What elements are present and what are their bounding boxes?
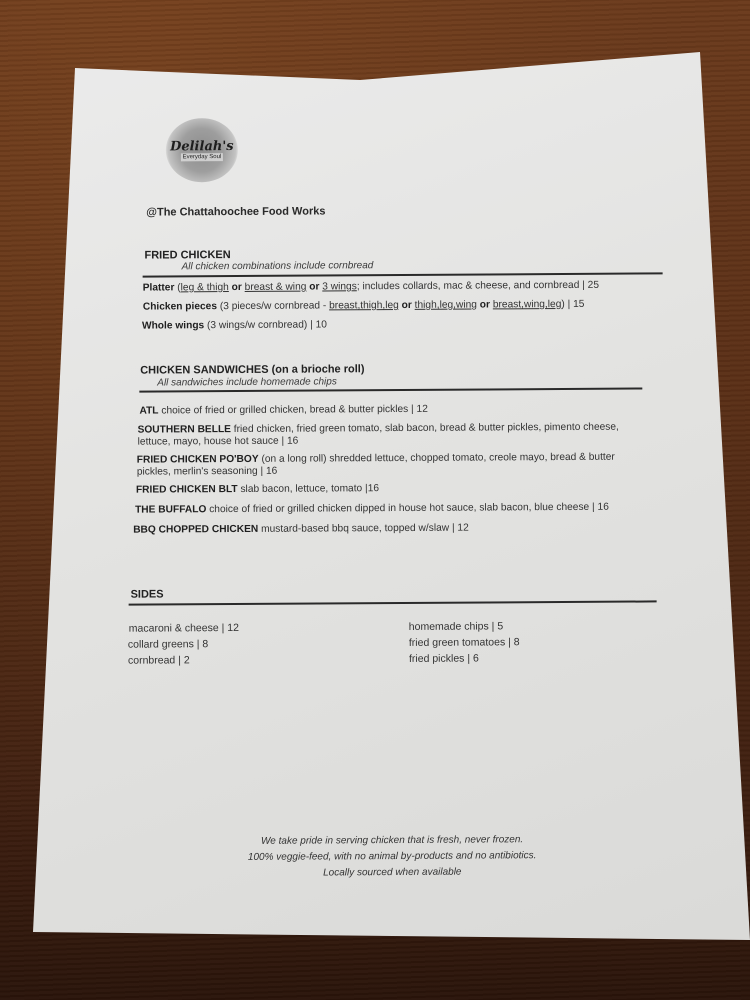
item-desc-line2: lettuce, mayo, house hot sauce | 16: [138, 436, 299, 448]
item-name: Chicken pieces: [143, 301, 217, 312]
item-desc: mustard-based bbq sauce, topped w/slaw |…: [258, 523, 469, 535]
side-item: fried green tomatoes | 8: [409, 634, 520, 651]
side-item: homemade chips | 5: [409, 618, 503, 635]
footer-line-3: Locally sourced when available: [212, 864, 572, 882]
item-name: BBQ CHOPPED CHICKEN: [133, 524, 258, 536]
side-item: collard greens | 8: [128, 636, 208, 652]
item-desc: ; includes collards, mac & cheese, and c…: [357, 280, 599, 292]
item-desc: (3 wings/w cornbread) | 10: [204, 319, 327, 331]
menu-item-whole-wings: Whole wings (3 wings/w cornbread) | 10: [142, 319, 327, 332]
delilahs-logo: Delilah's Everyday Soul: [166, 118, 238, 182]
logo-tagline: Everyday Soul: [181, 153, 224, 161]
side-item: fried pickles | 6: [409, 651, 479, 667]
item-or: or: [306, 281, 322, 292]
menu-footer: We take pride in serving chicken that is…: [212, 832, 572, 882]
item-name: Whole wings: [142, 320, 204, 331]
side-item: macaroni & cheese | 12: [129, 620, 239, 637]
fried-chicken-divider: [143, 272, 663, 277]
item-desc-line2: pickles, merlin's seasoning | 16: [137, 466, 278, 478]
item-name: THE BUFFALO: [135, 504, 206, 515]
item-option: thigh,leg,wing: [415, 300, 477, 311]
item-name: ATL: [139, 405, 158, 416]
menu-item-blt: FRIED CHICKEN BLT slab bacon, lettuce, t…: [136, 483, 379, 496]
item-name: FRIED CHICKEN BLT: [136, 484, 238, 496]
venue-line: @The Chattahoochee Food Works: [146, 205, 325, 218]
menu-item-poboy: FRIED CHICKEN PO'BOY (on a long roll) sh…: [137, 452, 615, 479]
sandwiches-divider: [139, 388, 642, 393]
item-or: or: [477, 299, 493, 310]
item-or: or: [229, 282, 245, 293]
fried-chicken-note: All chicken combinations include cornbre…: [182, 260, 374, 272]
sides-title: SIDES: [131, 588, 164, 600]
side-item: cornbread | 2: [128, 652, 190, 668]
item-option: leg & thigh: [181, 282, 229, 293]
menu-item-platter: Platter (leg & thigh or breast & wing or…: [143, 280, 599, 295]
item-desc: choice of fried or grilled chicken dippe…: [206, 502, 609, 515]
logo-name: Delilah's: [170, 140, 234, 153]
menu-item-chicken-pieces: Chicken pieces (3 pieces/w cornbread - b…: [143, 299, 585, 314]
item-desc: ) | 15: [561, 299, 584, 310]
footer-line-2: 100% veggie-feed, with no animal by-prod…: [212, 848, 572, 866]
item-desc: (3 pieces/w cornbread -: [217, 300, 329, 312]
sides-divider: [129, 600, 657, 605]
item-or: or: [399, 300, 415, 311]
item-desc: (on a long roll) shredded lettuce, chopp…: [259, 452, 615, 465]
sandwiches-note: All sandwiches include homemade chips: [157, 376, 337, 388]
menu-item-bbq-chopped: BBQ CHOPPED CHICKEN mustard-based bbq sa…: [133, 523, 469, 537]
menu-item-southern-belle: SOUTHERN BELLE fried chicken, fried gree…: [138, 422, 619, 449]
item-desc: slab bacon, lettuce, tomato |16: [238, 483, 379, 495]
item-option: breast,wing,leg: [493, 299, 562, 310]
item-option: 3 wings: [322, 281, 357, 292]
item-desc: fried chicken, fried green tomato, slab …: [231, 422, 619, 435]
item-desc: choice of fried or grilled chicken, brea…: [158, 404, 427, 417]
sandwiches-title: CHICKEN SANDWICHES (on a brioche roll): [140, 363, 364, 376]
item-name: Platter: [143, 282, 175, 293]
fried-chicken-title: FRIED CHICKEN: [144, 249, 230, 262]
item-option: breast & wing: [245, 282, 307, 293]
menu-item-atl: ATL choice of fried or grilled chicken, …: [139, 404, 427, 418]
menu-content: Delilah's Everyday Soul @The Chattahooch…: [0, 0, 750, 1000]
item-option: breast,thigh,leg: [329, 300, 399, 311]
item-name: SOUTHERN BELLE: [138, 424, 231, 436]
menu-item-buffalo: THE BUFFALO choice of fried or grilled c…: [135, 502, 609, 517]
item-name: FRIED CHICKEN PO'BOY: [137, 454, 259, 466]
